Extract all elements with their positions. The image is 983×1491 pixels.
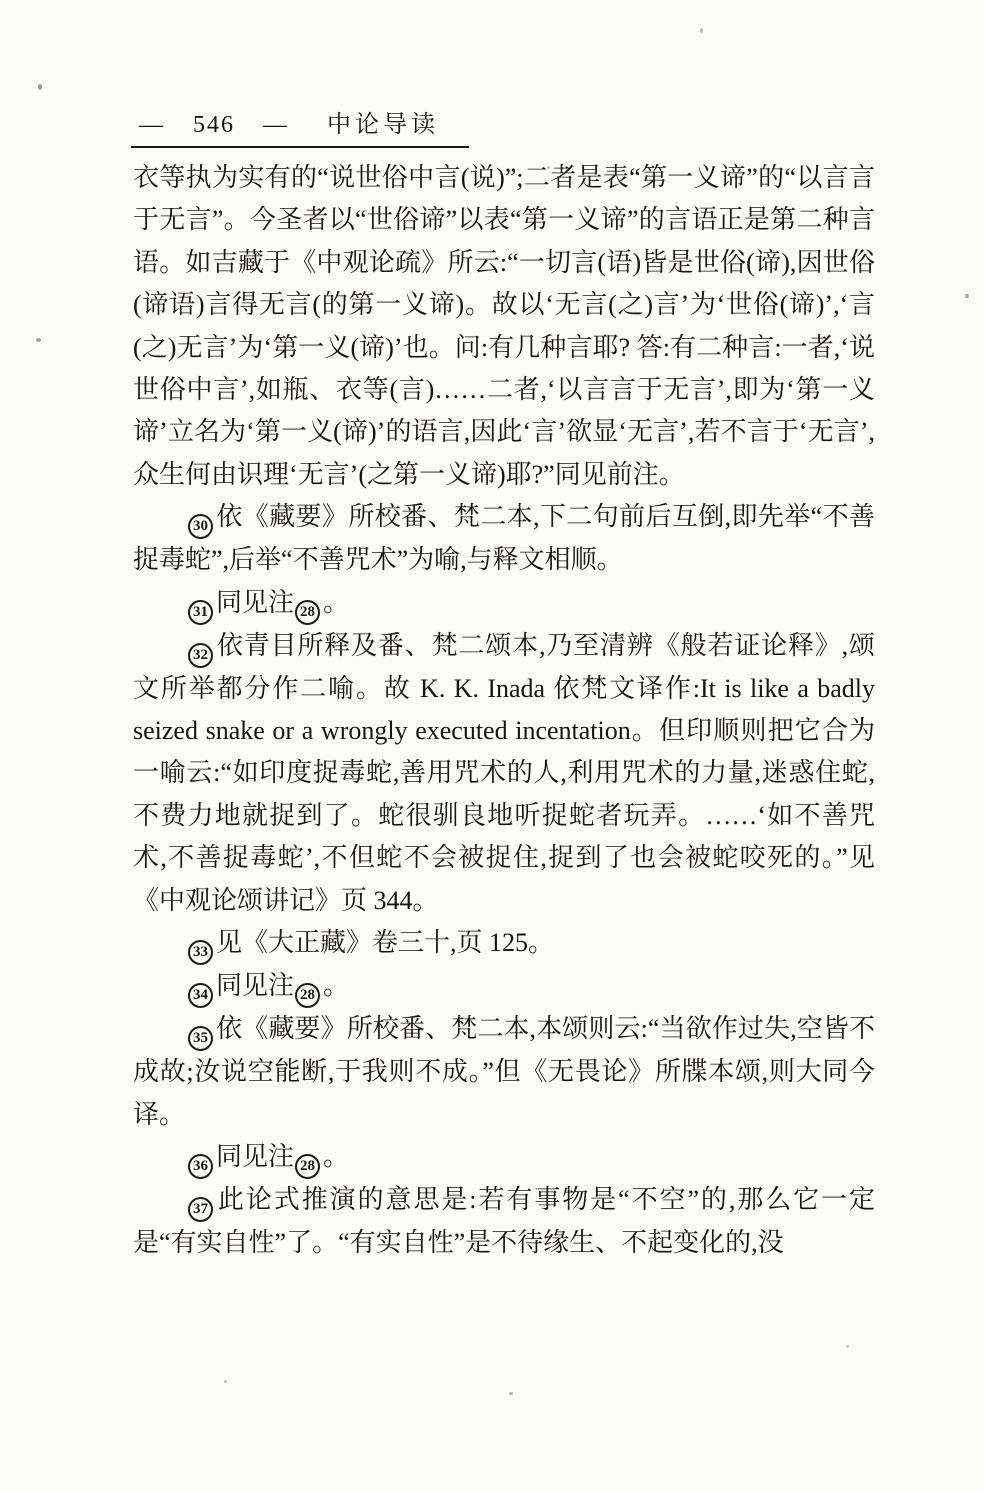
- text-run: 同见注: [216, 1142, 294, 1171]
- text-run: 。: [323, 1142, 349, 1171]
- paragraph: 30依《藏要》所校番、梵二本,下二句前后互倒,即先举“不善捉毒蛇”,后举“不善咒…: [133, 496, 875, 581]
- text-run: 见《大正藏》卷三十,页 125。: [216, 928, 554, 957]
- text-run: 依青目所释及番、梵二颂本,乃至清辨《般若证论释》,颂文所举都分作二喻。故 K. …: [133, 631, 875, 915]
- text-run: 同见注: [216, 971, 294, 1000]
- text-run: 。: [323, 971, 349, 1000]
- circled-footnote-number: 33: [188, 940, 213, 965]
- circled-footnote-number: 34: [188, 983, 213, 1008]
- circled-footnote-number: 28: [295, 1154, 320, 1179]
- circled-footnote-number: 31: [188, 600, 213, 625]
- circled-footnote-number: 28: [295, 600, 320, 625]
- scan-speck: [224, 1380, 227, 1383]
- paragraph: 34同见注28。: [133, 965, 875, 1008]
- text-run: 依《藏要》所校番、梵二本,下二句前后互倒,即先举“不善捉毒蛇”,后举“不善咒术”…: [133, 502, 875, 574]
- paragraph: 35依《藏要》所校番、梵二本,本颂则云:“当欲作过失,空皆不成故;汝说空能断,于…: [133, 1008, 875, 1136]
- circled-footnote-number: 35: [188, 1026, 213, 1051]
- paragraph: 36同见注28。: [133, 1136, 875, 1179]
- scan-speck: [36, 338, 41, 342]
- scanned-book-page: — 546 — 中论导读 衣等执为实有的“说世俗中言(说)”;二者是表“第一义谛…: [0, 0, 983, 1491]
- circled-footnote-number: 32: [188, 643, 213, 668]
- scan-speck: [547, 166, 550, 169]
- paragraph: 32依青目所释及番、梵二颂本,乃至清辨《般若证论释》,颂文所举都分作二喻。故 K…: [133, 625, 875, 922]
- circled-footnote-number: 28: [295, 983, 320, 1008]
- scan-speck: [509, 1392, 513, 1395]
- text-run: 。: [323, 588, 349, 617]
- circled-footnote-number: 30: [188, 514, 213, 539]
- scan-speck: [846, 1345, 849, 1348]
- text-run: 衣等执为实有的“说世俗中言(说)”;二者是表“第一义谛”的“以言言于无言”。今圣…: [133, 163, 875, 489]
- scan-speck: [700, 28, 703, 33]
- text-run: 此论式推演的意思是:若有事物是“不空”的,那么它一定是“有实自性”了。“有实自性…: [133, 1185, 875, 1257]
- header-dash-left: —: [139, 112, 165, 138]
- text-run: 同见注: [216, 588, 294, 617]
- scan-speck: [965, 294, 969, 298]
- paragraph: 31同见注28。: [133, 582, 875, 625]
- paragraph: 衣等执为实有的“说世俗中言(说)”;二者是表“第一义谛”的“以言言于无言”。今圣…: [133, 157, 875, 496]
- scan-speck: [38, 84, 42, 90]
- book-title: 中论导读: [327, 112, 439, 138]
- text-run: 依《藏要》所校番、梵二本,本颂则云:“当欲作过失,空皆不成故;汝说空能断,于我则…: [133, 1014, 875, 1128]
- header-dash-right: —: [263, 112, 289, 138]
- running-header: — 546 — 中论导读: [131, 104, 469, 148]
- paragraph: 33见《大正藏》卷三十,页 125。: [133, 922, 875, 965]
- page-body-text: 衣等执为实有的“说世俗中言(说)”;二者是表“第一义谛”的“以言言于无言”。今圣…: [133, 157, 875, 1264]
- paragraph: 37此论式推演的意思是:若有事物是“不空”的,那么它一定是“有实自性”了。“有实…: [133, 1179, 875, 1264]
- circled-footnote-number: 37: [188, 1197, 213, 1222]
- page-number: 546: [193, 112, 235, 138]
- circled-footnote-number: 36: [188, 1154, 213, 1179]
